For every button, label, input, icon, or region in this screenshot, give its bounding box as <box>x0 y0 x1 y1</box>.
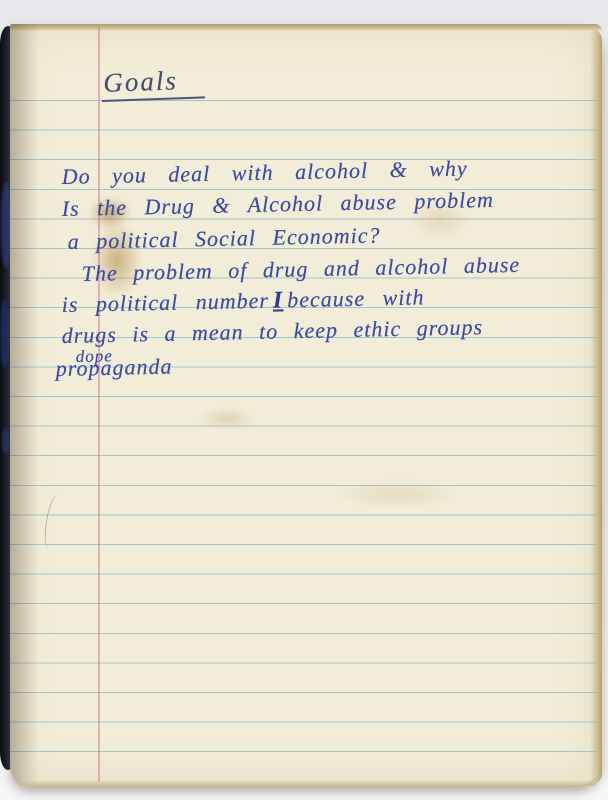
notebook-page: Goals Do you deal with alcohol & why Is … <box>10 24 602 786</box>
ink-smudge <box>2 428 9 454</box>
page-title: Goals <box>101 64 205 102</box>
line5-text: because with <box>287 284 425 312</box>
page-edge-bottom <box>16 780 598 786</box>
line5-text: is political number <box>61 288 269 317</box>
handwritten-line: propaganda <box>55 354 172 382</box>
margin-line <box>98 26 100 782</box>
stain <box>338 480 458 508</box>
roman-numeral-one: I <box>273 287 284 313</box>
scanned-notebook: Goals Do you deal with alcohol & why Is … <box>0 0 608 800</box>
ink-smudge <box>0 300 9 368</box>
stain <box>198 408 256 430</box>
binding-shadow <box>10 24 38 786</box>
page-edge-right <box>590 28 602 784</box>
